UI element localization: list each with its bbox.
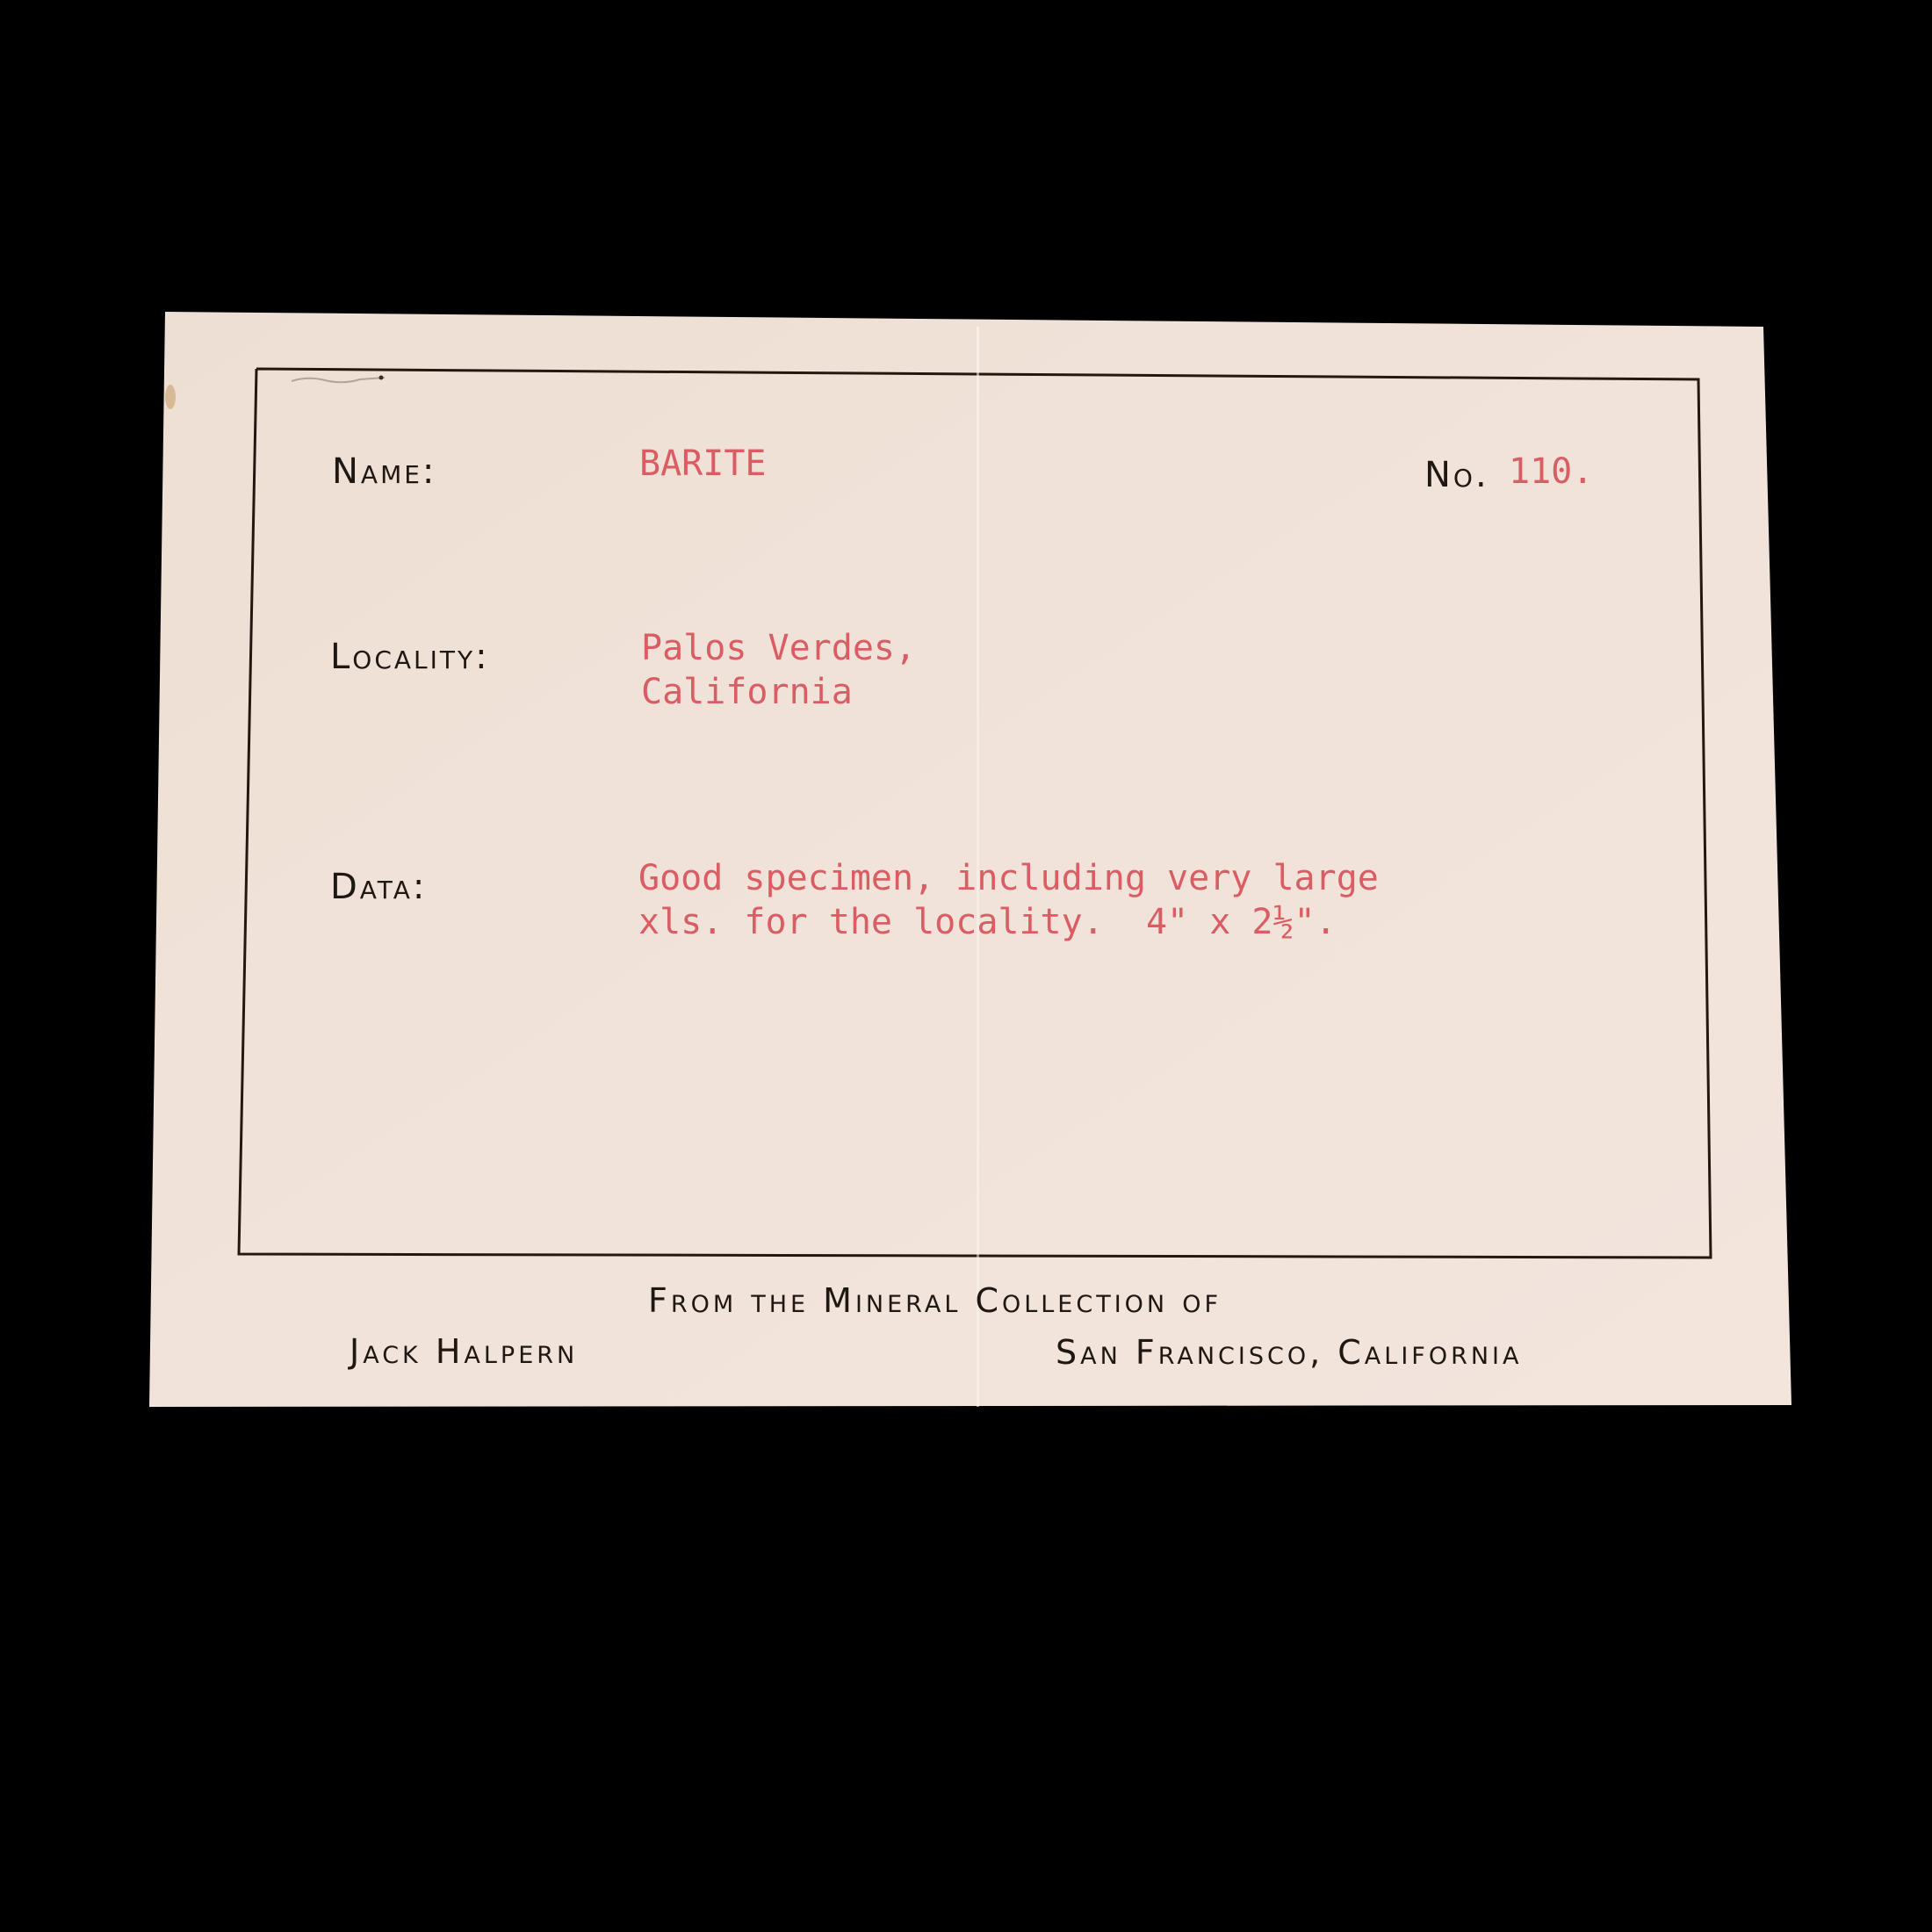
stain-mark — [165, 385, 176, 409]
name-label: Name: — [332, 454, 436, 489]
collector-location: San Francisco, California — [1056, 1336, 1522, 1369]
collector-name: Jack Halpern — [350, 1335, 578, 1368]
specimen-label-card: Name: BARITE No. 110. Locality: Palos Ve… — [0, 0, 1932, 1932]
locality-line-2: California — [641, 670, 853, 714]
number-value: 110. — [1509, 450, 1593, 494]
locality-label: Locality: — [330, 639, 490, 674]
card-paper — [0, 0, 1932, 1932]
data-line-1: Good specimen, including very large — [638, 856, 1379, 900]
data-label: Data: — [330, 869, 427, 905]
locality-line-1: Palos Verdes, — [641, 626, 916, 670]
name-value: BARITE — [639, 442, 767, 486]
number-label: No. — [1424, 458, 1489, 493]
collection-heading: From the Mineral Collection of — [648, 1284, 1222, 1317]
data-line-2: xls. for the locality. 4" x 2½". — [638, 900, 1337, 944]
